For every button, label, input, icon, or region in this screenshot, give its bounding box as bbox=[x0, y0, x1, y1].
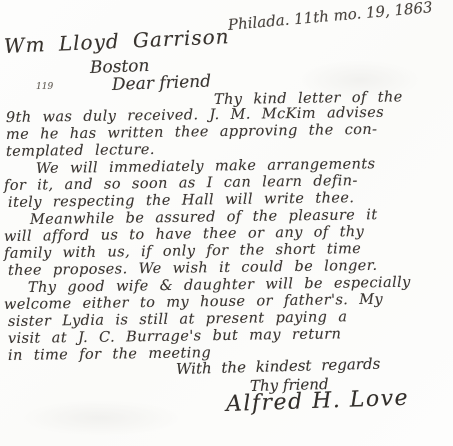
signature: Alfred H. Love bbox=[226, 386, 410, 417]
page-number-note: 119 bbox=[36, 82, 53, 92]
body-line: visit at J. C. Burrage's but may return bbox=[8, 326, 342, 347]
salutation: Dear friend bbox=[112, 72, 212, 95]
letter-dateline: Philada. 11th mo. 19, 1863 bbox=[227, 0, 433, 34]
recipient-name: Wm Lloyd Garrison bbox=[3, 24, 230, 58]
handwritten-letter-page: Philada. 11th mo. 19, 1863 Wm Lloyd Garr… bbox=[0, 0, 453, 446]
scan-smudge bbox=[20, 400, 180, 436]
body-line: templated lecture. bbox=[6, 142, 155, 160]
